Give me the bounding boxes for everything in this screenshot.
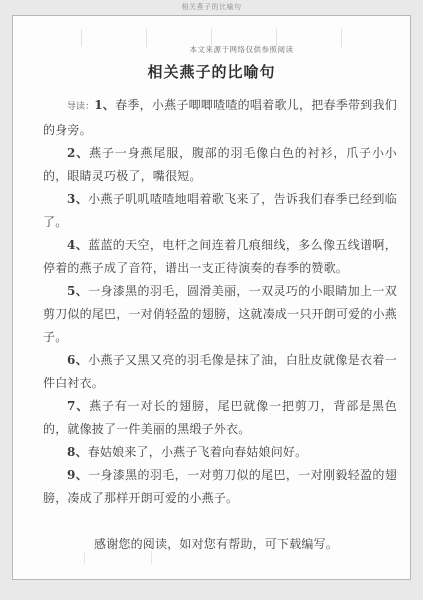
paragraph-number: 4、 [67, 238, 88, 252]
ruler-tick [81, 29, 82, 47]
page-title: 相关燕子的比喻句 [13, 61, 410, 82]
paragraph-number: 6、 [67, 353, 88, 367]
paragraph-text: 一身漆黑的羽毛，一对剪刀似的尾巴，一对刚毅轻盈的翅膀，凑成了那样开朗可爱的小燕子… [43, 468, 397, 505]
ruler-tick [211, 29, 212, 47]
paragraph-text: 小燕子又黑又亮的羽毛像是抹了油，白肚皮就像是衣着一件白衬衣。 [43, 353, 397, 390]
ruler-tick [84, 551, 85, 564]
paragraph: 导读：1、春季，小燕子唧唧喳喳的唱着歌儿，把春季带到我们的身旁。 [43, 94, 397, 142]
document-page: 本文来源于网络仅供参照阅读 相关燕子的比喻句 导读：1、春季，小燕子唧唧喳喳的唱… [12, 15, 411, 580]
paragraph: 3、小燕子叽叽喳喳地唱着歌飞来了，告诉我们春季已经到临了。 [43, 188, 397, 234]
paragraph: 4、蓝蓝的天空，电杆之间连着几痕细线，多么像五线谱啊，停着的燕子成了音符，谱出一… [43, 234, 397, 280]
closing-note: 感谢您的阅读，如对您有帮助，可下载编写。 [43, 533, 397, 556]
paragraph-text: 燕子一身燕尾服，腹部的羽毛像白色的衬衫，爪子小小的，眼睛灵巧极了，嘴很短。 [43, 146, 397, 183]
document-body: 导读：1、春季，小燕子唧唧喳喳的唱着歌儿，把春季带到我们的身旁。 2、燕子一身燕… [13, 94, 410, 556]
window-title: 相关燕子的比喻句 [0, 2, 423, 12]
paragraph-text: 燕子有一对长的翅膀，尾巴就像一把剪刀，背部是黑色的，就像披了一件美丽的黑缎子外衣… [43, 399, 397, 436]
lead-label: 导读： [67, 102, 94, 112]
paragraph-number: 9、 [67, 468, 88, 482]
paragraph-number: 7、 [67, 399, 89, 413]
paragraph-number: 3、 [67, 192, 88, 206]
paragraph: 7、燕子有一对长的翅膀，尾巴就像一把剪刀，背部是黑色的，就像披了一件美丽的黑缎子… [43, 395, 397, 441]
ruler-tick [276, 29, 277, 47]
ruler-tick [341, 29, 342, 47]
paragraph: 6、小燕子又黑又亮的羽毛像是抹了油，白肚皮就像是衣着一件白衬衣。 [43, 349, 397, 395]
paragraph-number: 1、 [94, 98, 115, 112]
paragraph-text: 春姑娘来了，小燕子飞着向春姑娘问好。 [88, 445, 308, 459]
paragraph: 2、燕子一身燕尾服，腹部的羽毛像白色的衬衫，爪子小小的，眼睛灵巧极了，嘴很短。 [43, 142, 397, 188]
ruler-tick [208, 536, 209, 549]
paragraph-text: 蓝蓝的天空，电杆之间连着几痕细线，多么像五线谱啊，停着的燕子成了音符，谱出一支正… [43, 238, 397, 275]
paragraph-number: 5、 [67, 284, 88, 298]
ruler-tick [151, 551, 152, 564]
paragraph-number: 8、 [67, 445, 88, 459]
ruler-tick [146, 29, 147, 47]
paragraph-number: 2、 [67, 146, 89, 160]
paragraph: 5、一身漆黑的羽毛，圆滑美丽，一双灵巧的小眼睛加上一双剪刀似的尾巴，一对俏轻盈的… [43, 280, 397, 349]
paragraph: 8、春姑娘来了，小燕子飞着向春姑娘问好。 [43, 441, 397, 464]
paragraph: 9、一身漆黑的羽毛，一对剪刀似的尾巴，一对刚毅轻盈的翅膀，凑成了那样开朗可爱的小… [43, 464, 397, 510]
paragraph-text: 小燕子叽叽喳喳地唱着歌飞来了，告诉我们春季已经到临了。 [43, 192, 397, 229]
paragraph-text: 一身漆黑的羽毛，圆滑美丽，一双灵巧的小眼睛加上一双剪刀似的尾巴，一对俏轻盈的翅膀… [43, 284, 397, 344]
